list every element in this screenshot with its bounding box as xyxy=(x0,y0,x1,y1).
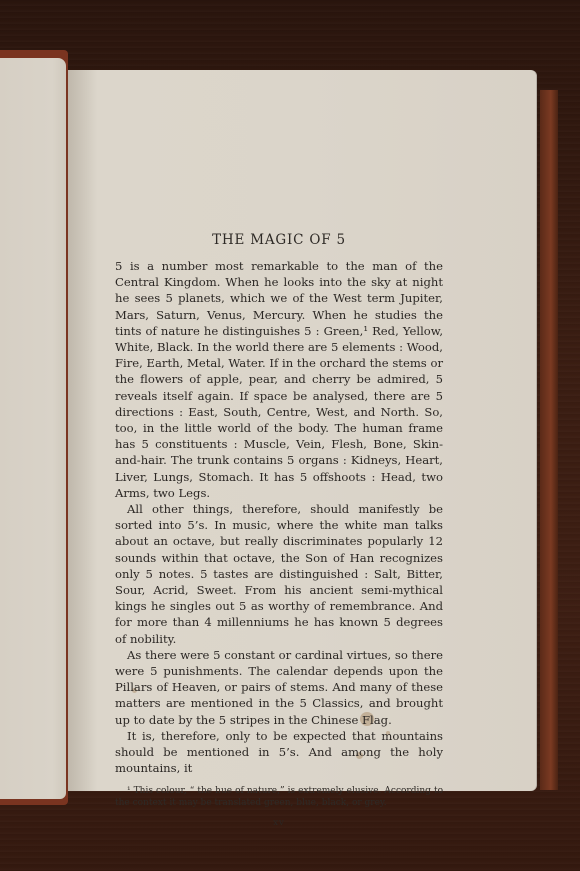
paragraph: It is, therefore, only to be expected th… xyxy=(115,728,443,777)
page-gutter-shadow xyxy=(68,70,98,791)
paragraph: All other things, therefore, should mani… xyxy=(115,501,443,647)
book-cover-edge-right xyxy=(540,90,558,790)
left-page xyxy=(0,58,66,799)
paragraph: 5 is a number most remarkable to the man… xyxy=(115,258,443,501)
page-text-block: THE MAGIC OF 5 5 is a number most remark… xyxy=(115,232,443,828)
page-number: xv xyxy=(115,818,443,828)
footnote: ¹ This colour, “ the hue of nature,” is … xyxy=(115,785,443,809)
chapter-title: THE MAGIC OF 5 xyxy=(115,232,443,248)
paragraph: As there were 5 constant or cardinal vir… xyxy=(115,647,443,728)
